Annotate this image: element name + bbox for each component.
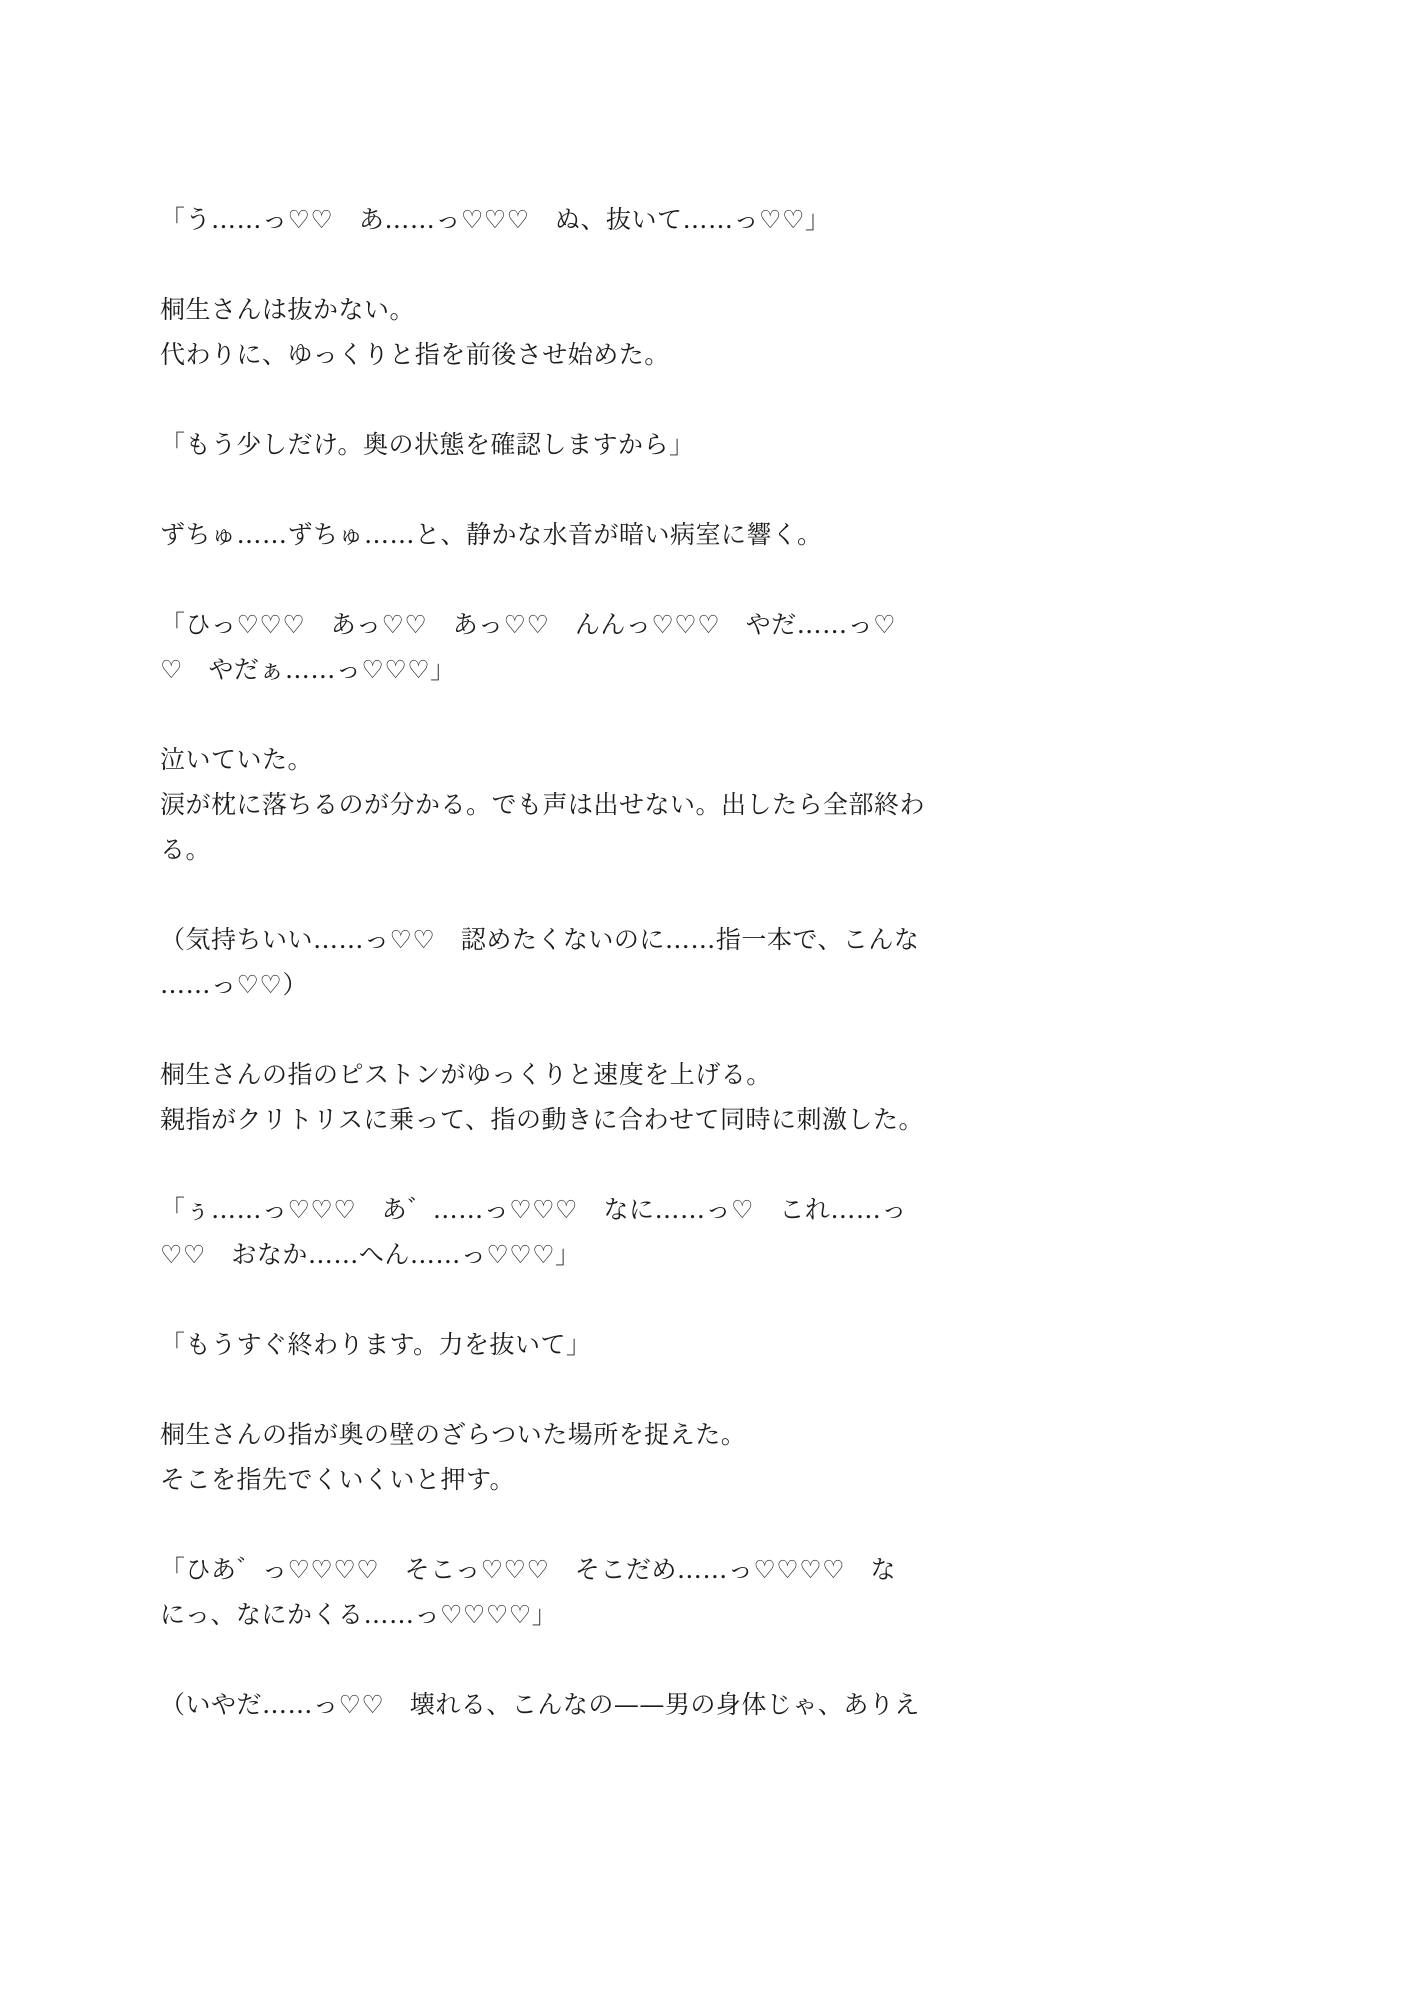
text-line: る。 (160, 827, 1260, 872)
text-line: にっ、なにかくる……っ♡♡♡♡」 (160, 1592, 1260, 1637)
text-line: ずちゅ……ずちゅ……と、静かな水音が暗い病室に響く。 (160, 512, 1260, 557)
paragraph-thought: （いやだ……っ♡♡ 壊れる、こんなの——男の身体じゃ、ありえ (160, 1682, 1260, 1727)
paragraph-thought: （気持ちいい……っ♡♡ 認めたくないのに……指一本で、こんな……っ♡♡） (160, 917, 1260, 1007)
paragraph-dialogue: 「ぅ……っ♡♡♡ あ゛……っ♡♡♡ なに……っ♡ これ……っ♡♡ おなか……へん… (160, 1187, 1260, 1277)
text-line: 「もうすぐ終わります。力を抜いて」 (160, 1322, 1260, 1367)
text-line: 桐生さんの指が奥の壁のざらついた場所を捉えた。 (160, 1412, 1260, 1457)
document-body: 「う……っ♡♡ あ……っ♡♡♡ ぬ、抜いて……っ♡♡」桐生さんは抜かない。代わり… (160, 197, 1260, 1727)
text-line: 「う……っ♡♡ あ……っ♡♡♡ ぬ、抜いて……っ♡♡」 (160, 197, 1260, 242)
text-line: ♡♡ おなか……へん……っ♡♡♡」 (160, 1232, 1260, 1277)
text-line: （気持ちいい……っ♡♡ 認めたくないのに……指一本で、こんな (160, 917, 1260, 962)
paragraph-narration: ずちゅ……ずちゅ……と、静かな水音が暗い病室に響く。 (160, 512, 1260, 557)
text-line: 親指がクリトリスに乗って、指の動きに合わせて同時に刺激した。 (160, 1097, 1260, 1142)
text-line: 「ぅ……っ♡♡♡ あ゛……っ♡♡♡ なに……っ♡ これ……っ (160, 1187, 1260, 1232)
text-line: 涙が枕に落ちるのが分かる。でも声は出せない。出したら全部終わ (160, 782, 1260, 827)
paragraph-narration: 桐生さんの指のピストンがゆっくりと速度を上げる。親指がクリトリスに乗って、指の動… (160, 1052, 1260, 1142)
text-line: ♡ やだぁ……っ♡♡♡」 (160, 647, 1260, 692)
text-line: そこを指先でくいくいと押す。 (160, 1457, 1260, 1502)
paragraph-narration: 桐生さんは抜かない。代わりに、ゆっくりと指を前後させ始めた。 (160, 287, 1260, 377)
paragraph-narration: 桐生さんの指が奥の壁のざらついた場所を捉えた。そこを指先でくいくいと押す。 (160, 1412, 1260, 1502)
text-line: 「ひあ゛っ♡♡♡♡ そこっ♡♡♡ そこだめ……っ♡♡♡♡ な (160, 1547, 1260, 1592)
text-line: （いやだ……っ♡♡ 壊れる、こんなの——男の身体じゃ、ありえ (160, 1682, 1260, 1727)
text-line: 泣いていた。 (160, 737, 1260, 782)
paragraph-dialogue: 「ひあ゛っ♡♡♡♡ そこっ♡♡♡ そこだめ……っ♡♡♡♡ なにっ、なにかくる……… (160, 1547, 1260, 1637)
paragraph-dialogue: 「ひっ♡♡♡ あっ♡♡ あっ♡♡ んんっ♡♡♡ やだ……っ♡♡ やだぁ……っ♡♡… (160, 602, 1260, 692)
document-page: 「う……っ♡♡ あ……っ♡♡♡ ぬ、抜いて……っ♡♡」桐生さんは抜かない。代わり… (0, 0, 1415, 2000)
paragraph-dialogue: 「もうすぐ終わります。力を抜いて」 (160, 1322, 1260, 1367)
paragraph-dialogue: 「もう少しだけ。奥の状態を確認しますから」 (160, 422, 1260, 467)
text-line: 桐生さんは抜かない。 (160, 287, 1260, 332)
text-line: 「ひっ♡♡♡ あっ♡♡ あっ♡♡ んんっ♡♡♡ やだ……っ♡ (160, 602, 1260, 647)
text-line: 代わりに、ゆっくりと指を前後させ始めた。 (160, 332, 1260, 377)
paragraph-narration: 泣いていた。涙が枕に落ちるのが分かる。でも声は出せない。出したら全部終わる。 (160, 737, 1260, 872)
paragraph-dialogue: 「う……っ♡♡ あ……っ♡♡♡ ぬ、抜いて……っ♡♡」 (160, 197, 1260, 242)
text-line: ……っ♡♡） (160, 962, 1260, 1007)
text-line: 桐生さんの指のピストンがゆっくりと速度を上げる。 (160, 1052, 1260, 1097)
text-line: 「もう少しだけ。奥の状態を確認しますから」 (160, 422, 1260, 467)
